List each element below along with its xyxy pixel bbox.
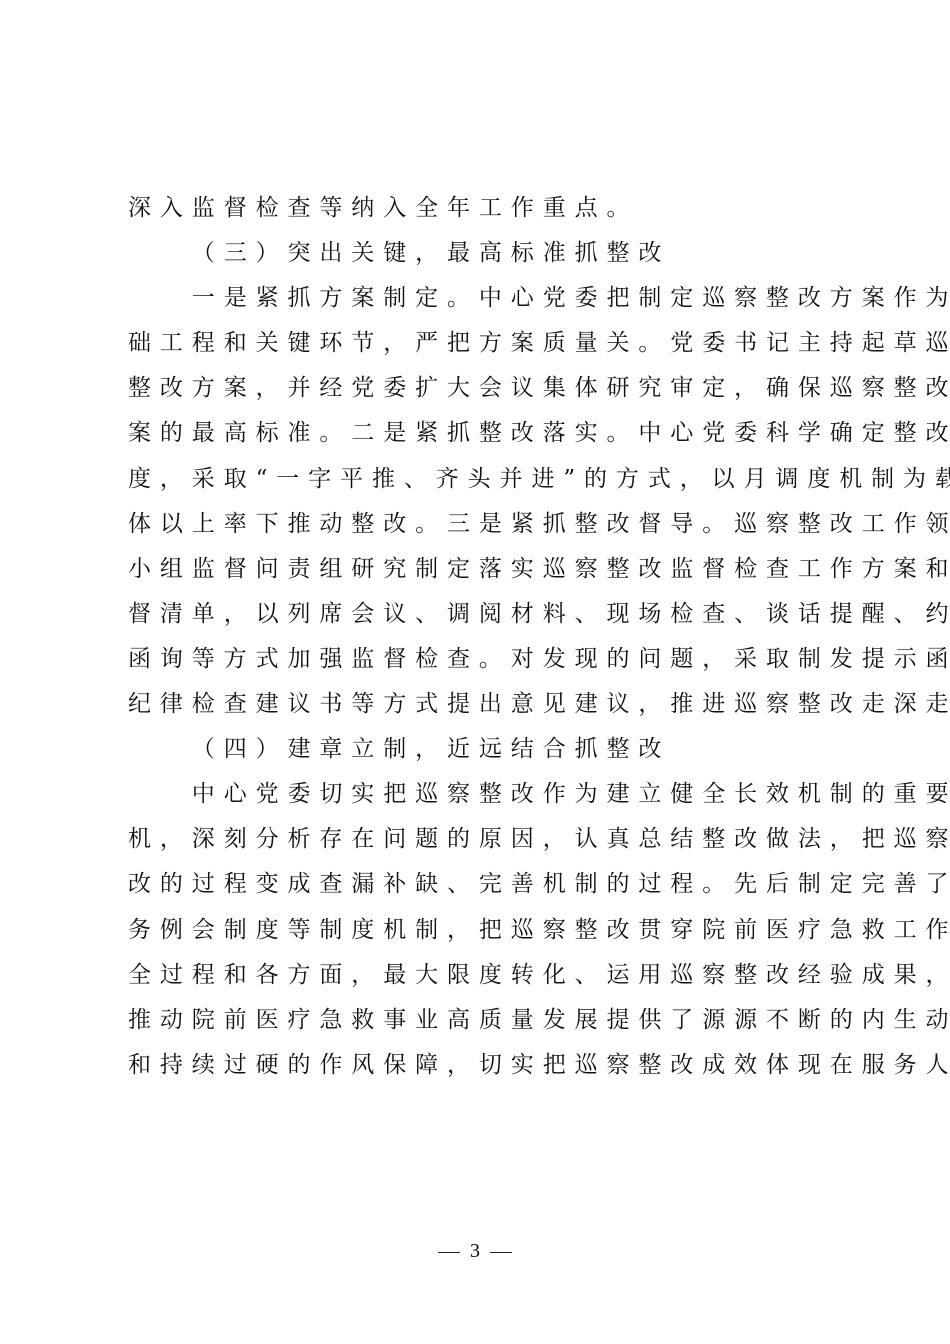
paragraph-line: 务例会制度等制度机制，把巡察整改贯穿院前医疗急救工作的	[128, 908, 832, 953]
paragraph-line: 机，深刻分析存在问题的原因，认真总结整改做法，把巡察整	[128, 817, 832, 862]
paragraph-line: 础工程和关键环节，严把方案质量关。党委书记主持起草巡察	[128, 321, 832, 366]
page-number: 3	[470, 1240, 480, 1262]
document-page: 深入监督检查等纳入全年工作重点。 （三）突出关键，最高标准抓整改 一是紧抓方案制…	[0, 0, 950, 1344]
paragraph-line: 整改方案，并经党委扩大会议集体研究审定，确保巡察整改方	[128, 366, 832, 411]
paragraph-line: 纪律检查建议书等方式提出意见建议，推进巡察整改走深走实。	[128, 682, 832, 727]
paragraph-line: 一是紧抓方案制定。中心党委把制定巡察整改方案作为基	[128, 276, 832, 321]
paragraph-line: 改的过程变成查漏补缺、完善机制的过程。先后制定完善了业	[128, 862, 832, 907]
paragraph-line: 案的最高标准。二是紧抓整改落实。中心党委科学确定整改进	[128, 411, 832, 456]
section-heading-4: （四）建章立制，近远结合抓整改	[128, 727, 832, 772]
paragraph-line: 深入监督检查等纳入全年工作重点。	[128, 186, 832, 231]
dash-right	[490, 1252, 512, 1253]
document-body: 深入监督检查等纳入全年工作重点。 （三）突出关键，最高标准抓整改 一是紧抓方案制…	[128, 186, 832, 1088]
page-number-footer: 3	[0, 1240, 950, 1263]
paragraph-line: 推动院前医疗急救事业高质量发展提供了源源不断的内生动力	[128, 998, 832, 1043]
paragraph-line: 小组监督问责组研究制定落实巡察整改监督检查工作方案和监	[128, 547, 832, 592]
paragraph-line: 函询等方式加强监督检查。对发现的问题，采取制发提示函、	[128, 637, 832, 682]
paragraph-line: 中心党委切实把巡察整改作为建立健全长效机制的重要契	[128, 772, 832, 817]
paragraph-line: 全过程和各方面，最大限度转化、运用巡察整改经验成果，为	[128, 953, 832, 998]
paragraph-line: 体以上率下推动整改。三是紧抓整改督导。巡察整改工作领导	[128, 502, 832, 547]
paragraph-line: 和持续过硬的作风保障，切实把巡察整改成效体现在服务人民	[128, 1043, 832, 1088]
paragraph-line: 度，采取“一字平推、齐头并进”的方式，以月调度机制为载	[128, 457, 832, 502]
section-heading-3: （三）突出关键，最高标准抓整改	[128, 231, 832, 276]
dash-left	[438, 1252, 460, 1253]
paragraph-line: 督清单，以列席会议、调阅材料、现场检查、谈话提醒、约谈	[128, 592, 832, 637]
